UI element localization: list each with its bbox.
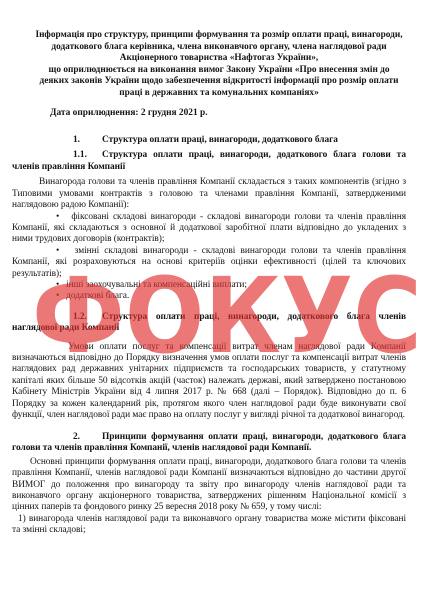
section-1-1-heading-text: Структура оплати праці, винагороди, дода… — [12, 150, 406, 171]
document-page: Інформація про структуру, принципи форму… — [12, 0, 406, 537]
bullet-item-text: додаткові блага. — [66, 291, 129, 301]
title-line: що оприлюднюється на виконання вимог Зак… — [32, 65, 406, 77]
section-2-number: 2. — [73, 432, 102, 443]
publication-date: Дата оприлюднення: 2 грудня 2021 р. — [12, 108, 406, 120]
section-1-1-paragraph: Винагорода голови та членів правління Ко… — [12, 177, 406, 211]
section-1-2-paragraph: Умови оплати послуг та компенсації витра… — [12, 342, 406, 422]
section-1-2-heading: 1.2.Структура оплати праці, винагороди, … — [12, 312, 406, 335]
section-1-2-number: 1.2. — [73, 312, 102, 323]
bullet-item: додаткові блага. — [12, 291, 406, 302]
section-2-paragraph: Основні принципи формування оплати праці… — [12, 457, 406, 514]
section-1-heading: 1.Структура оплати праці, винагороди, до… — [12, 135, 406, 146]
bullet-item: інші заохочувальні та компенсаційні випл… — [12, 280, 406, 291]
bullet-item-text: змінні складові винагороди - складові ви… — [12, 246, 406, 279]
section-1-number: 1. — [73, 135, 102, 146]
bullet-item-text: фіксовані складові винагороди - складові… — [12, 212, 406, 245]
title-line: Інформація про структуру, принципи форму… — [32, 30, 406, 42]
bullet-item: змінні складові винагороди - складові ви… — [12, 246, 406, 280]
title-line: праці в державних та комунальних компані… — [32, 88, 406, 100]
title-line: додаткового блага керівника, члена викон… — [32, 42, 406, 54]
section-1-2-heading-text: Структура оплати праці, винагороди, дода… — [12, 312, 406, 333]
document-title: Інформація про структуру, принципи форму… — [12, 30, 406, 100]
section-1-1-number: 1.1. — [73, 150, 102, 161]
bullet-item: фіксовані складові винагороди - складові… — [12, 212, 406, 246]
title-line: деяких законів України щодо забезпечення… — [32, 76, 406, 88]
section-1-heading-text: Структура оплати праці, винагороди, дода… — [102, 135, 338, 145]
bullet-item-text: інші заохочувальні та компенсаційні випл… — [66, 280, 247, 290]
title-line: Акціонерного товариства «Нафтогаз Україн… — [32, 53, 406, 65]
section-2-heading-text: Принципи формування оплати праці, винаго… — [12, 432, 406, 453]
numbered-item: 1) винагорода членів наглядової ради та … — [12, 514, 406, 537]
section-2-heading: 2.Принципи формування оплати праці, вина… — [12, 432, 406, 455]
section-1-1-heading: 1.1.Структура оплати праці, винагороди, … — [12, 150, 406, 173]
